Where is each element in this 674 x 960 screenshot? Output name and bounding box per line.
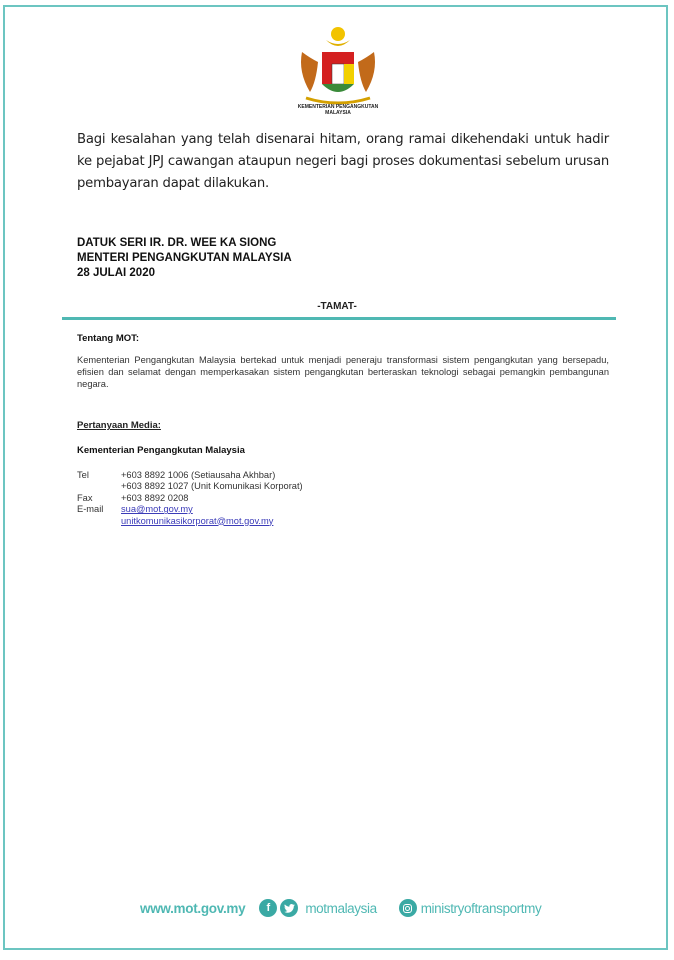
instagram-icon[interactable]: [399, 899, 417, 917]
facebook-icon[interactable]: f: [259, 899, 277, 917]
fax-number: +603 8892 0208: [121, 493, 188, 504]
end-marker: -TAMAT-: [0, 301, 674, 312]
logo-caption: KEMENTERIAN PENGANGKUTAN MALAYSIA: [270, 104, 406, 116]
footer: www.mot.gov.my f motmalaysia ministryoft…: [140, 899, 563, 917]
email-link-sua[interactable]: sua@mot.gov.my: [121, 504, 193, 515]
contact-row: Tel +603 8892 1006 (Setiausaha Akhbar): [77, 470, 303, 481]
media-organization: Kementerian Pengangkutan Malaysia: [77, 445, 245, 456]
contact-row: +603 8892 1027 (Unit Komunikasi Korporat…: [77, 481, 303, 492]
website-link[interactable]: www.mot.gov.my: [140, 901, 245, 916]
email-link-ukk[interactable]: unitkomunikasikorporat@mot.gov.my: [121, 516, 273, 527]
signature-block: DATUK SERI IR. DR. WEE KA SIONG MENTERI …: [77, 236, 292, 281]
about-title: Tentang MOT:: [77, 333, 139, 344]
contact-row: Fax +603 8892 0208: [77, 493, 303, 504]
social-handle[interactable]: motmalaysia: [305, 901, 376, 916]
signatory-title: MENTERI PENGANGKUTAN MALAYSIA: [77, 251, 292, 266]
instagram-handle[interactable]: ministryoftransportmy: [421, 901, 542, 916]
about-body: Kementerian Pengangkutan Malaysia bertek…: [77, 354, 609, 390]
body-paragraph: Bagi kesalahan yang telah disenarai hita…: [77, 129, 609, 195]
contact-row: unitkomunikasikorporat@mot.gov.my: [77, 516, 303, 527]
phone-number: +603 8892 1027 (Unit Komunikasi Korporat…: [121, 481, 303, 492]
contact-row: E-mail sua@mot.gov.my: [77, 504, 303, 515]
signatory-name: DATUK SERI IR. DR. WEE KA SIONG: [77, 236, 292, 251]
phone-number: +603 8892 1006 (Setiausaha Akhbar): [121, 470, 275, 481]
contact-list: Tel +603 8892 1006 (Setiausaha Akhbar) +…: [77, 470, 303, 527]
twitter-icon[interactable]: [280, 899, 298, 917]
signature-date: 28 JULAI 2020: [77, 266, 292, 281]
media-inquiries-title: Pertanyaan Media:: [77, 420, 161, 431]
divider: [62, 317, 616, 320]
